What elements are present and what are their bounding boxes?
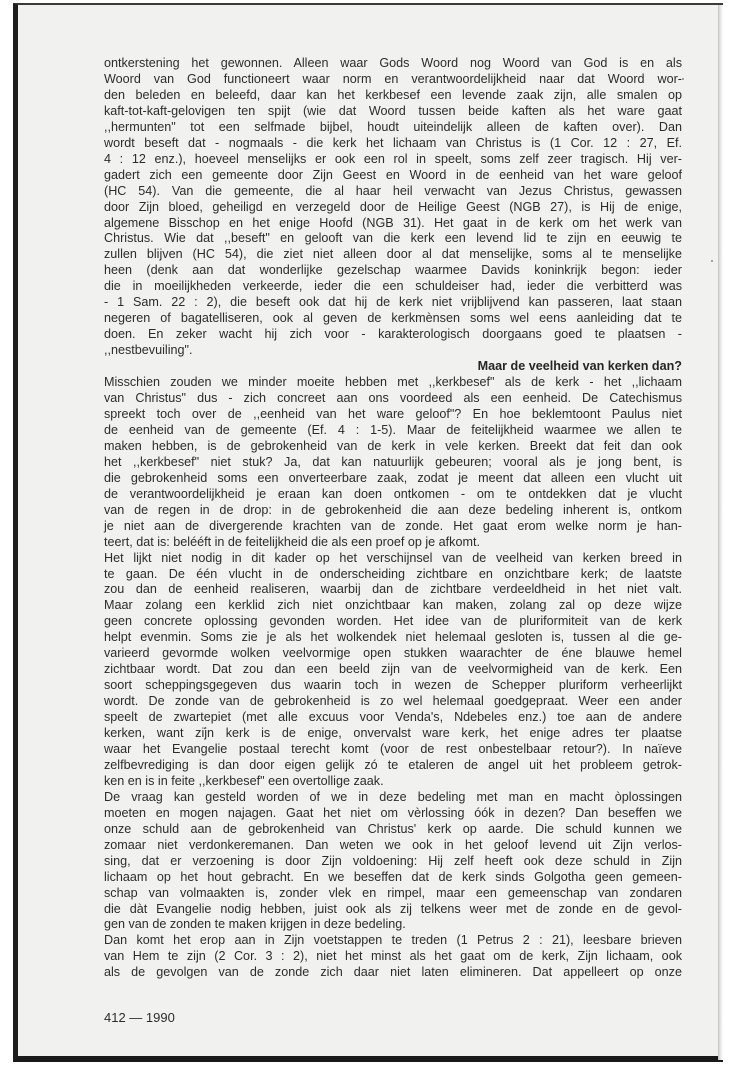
page-edge-shadow	[718, 5, 723, 1060]
text-line: negeren of bagatelliseren, ook al geven …	[104, 311, 682, 327]
text-line: die in moeilijkheden verkeerde, ieder di…	[104, 279, 682, 295]
text-line: algemene Bisschop en het enige Hoofd (NG…	[104, 216, 682, 232]
text-line: moeten en mogen najagen. Gaat het niet o…	[104, 806, 682, 822]
text-line: ontkerstening het gewonnen. Alleen waar …	[104, 56, 682, 72]
text-line: zullen blijven (HC 54), die ziet niet al…	[104, 247, 682, 263]
paragraph: Maar de veelheid van kerken dan?Misschie…	[104, 359, 682, 550]
text-line: onze schuld aan de gebrokenheid van Chri…	[104, 822, 682, 838]
text-line: (HC 54). Van die gemeente, die al haar h…	[104, 184, 682, 200]
paragraph: ontkerstening het gewonnen. Alleen waar …	[104, 56, 682, 359]
text-line: te gaan. De één vlucht in de onderscheid…	[104, 567, 682, 583]
text-line: Het lijkt niet nodig in dit kader op het…	[104, 551, 682, 567]
scan-speck	[682, 78, 684, 80]
text-line: waar het Evangelie postaal terecht komt …	[104, 742, 682, 758]
text-line: 4 : 12 enz.), hoeveel menselijks er ook …	[104, 152, 682, 168]
text-line: den beleden en beleefd, daar kan het ker…	[104, 88, 682, 104]
text-line: zelfbevrediging is dan door eigen gelijk…	[104, 758, 682, 774]
text-line: doen. En zeker wacht hij zich voor - kar…	[104, 327, 682, 343]
section-subheading: Maar de veelheid van kerken dan?	[104, 359, 682, 375]
text-line: sing, dat er verzoening is door Zijn vol…	[104, 854, 682, 870]
text-line: spreekt toch over de ,,eenheid van het w…	[104, 407, 682, 423]
text-line: de verantwoordelijkheid je eraan kan doe…	[104, 487, 682, 503]
text-line: die dàt Evangelie nodig hebben, juist oo…	[104, 902, 682, 918]
text-line: ken en is in feite ,,kerkbesef" een over…	[104, 774, 682, 790]
text-line: van de regen in de drop: in de gebrokenh…	[104, 503, 682, 519]
text-line: het ,,kerkbesef" niet stuk? Ja, dat kan …	[104, 455, 682, 471]
text-line: als de gevolgen van de zonde zich daar n…	[104, 965, 682, 981]
text-line: van Hem te zijn (2 Cor. 3 : 2), niet het…	[104, 949, 682, 965]
text-line: kaft-tot-kaft-gelovigen ten spijt (wie d…	[104, 104, 682, 120]
text-line: heen (denk aan dat wonderlijke gezelscha…	[104, 263, 682, 279]
text-line: geen concrete oplossing gevonden worden.…	[104, 614, 682, 630]
text-line: schap van volmaakten is, zonder vlek en …	[104, 886, 682, 902]
text-line: helpt evenmin. Soms zie je als het wolke…	[104, 630, 682, 646]
text-line: je niet aan de divergerende krachten van…	[104, 519, 682, 535]
text-line: van Christus" dus - zich concreet aan on…	[104, 391, 682, 407]
text-line: zomaar niet verdonkeremanen. Dan weten w…	[104, 838, 682, 854]
text-line: ,,hermunten" tot een selfmade bijbel, ho…	[104, 120, 682, 136]
text-line: zichtbaar wordt. Dat zou dan een beeld z…	[104, 662, 682, 678]
text-line: zou dan de eenheid realiseren, waarbij d…	[104, 582, 682, 598]
scanned-page-background: ontkerstening het gewonnen. Alleen waar …	[0, 0, 738, 1068]
text-line: wordt beseft dat - nogmaals - die kerk h…	[104, 136, 682, 152]
text-line: gen van de zonden te maken krijgen in de…	[104, 917, 682, 933]
text-line: wordt. De zonde van de gebrokenheid is z…	[104, 694, 682, 710]
text-line: kerken, want zĳ́n kerk is de enige, onve…	[104, 726, 682, 742]
text-line: door Zijn bloed, geheiligd en verzegeld …	[104, 200, 682, 216]
text-line: teert, dat is: belééft in de feitelijkhe…	[104, 535, 682, 551]
text-line: Woord van God functioneert waar norm en …	[104, 72, 682, 88]
text-line: maken hebben, is de gebrokenheid van de …	[104, 439, 682, 455]
article-body: ontkerstening het gewonnen. Alleen waar …	[104, 56, 682, 981]
text-line: lichaam op het hout gebracht. En we bese…	[104, 870, 682, 886]
text-line: gadert zich een gemeente door Zijn Geest…	[104, 168, 682, 184]
scan-speck	[711, 260, 713, 262]
text-line: Misschien zouden we minder moeite hebben…	[104, 375, 682, 391]
text-line: De vraag kan gesteld worden of we in dez…	[104, 790, 682, 806]
text-line: Dan komt het erop aan in Zijn voetstappe…	[104, 933, 682, 949]
paragraph: De vraag kan gesteld worden of we in dez…	[104, 790, 682, 934]
page-folio: 412 — 1990	[104, 1010, 175, 1025]
paragraph: Het lijkt niet nodig in dit kader op het…	[104, 551, 682, 790]
text-line: Christus. Wie dat ,,beseft" en gelooft v…	[104, 231, 682, 247]
text-line: Maar zolang een kerklid zich niet onzich…	[104, 598, 682, 614]
text-line: varieerd gevormde wolken veelvormige ope…	[104, 646, 682, 662]
text-line: soort scheppingsgegeven dus waarin toch …	[104, 678, 682, 694]
text-line: die gebrokenheid soms een onverteerbare …	[104, 471, 682, 487]
text-line: - 1 Sam. 22 : 2), die beseft ook dat hij…	[104, 295, 682, 311]
text-line: ,,nestbevuiling".	[104, 343, 682, 359]
text-line: de eenheid van de gemeente (Ef. 4 : 1-5)…	[104, 423, 682, 439]
text-line: speelt de zwartepiet (met alle excuus vo…	[104, 710, 682, 726]
paragraph: Dan komt het erop aan in Zijn voetstappe…	[104, 933, 682, 981]
